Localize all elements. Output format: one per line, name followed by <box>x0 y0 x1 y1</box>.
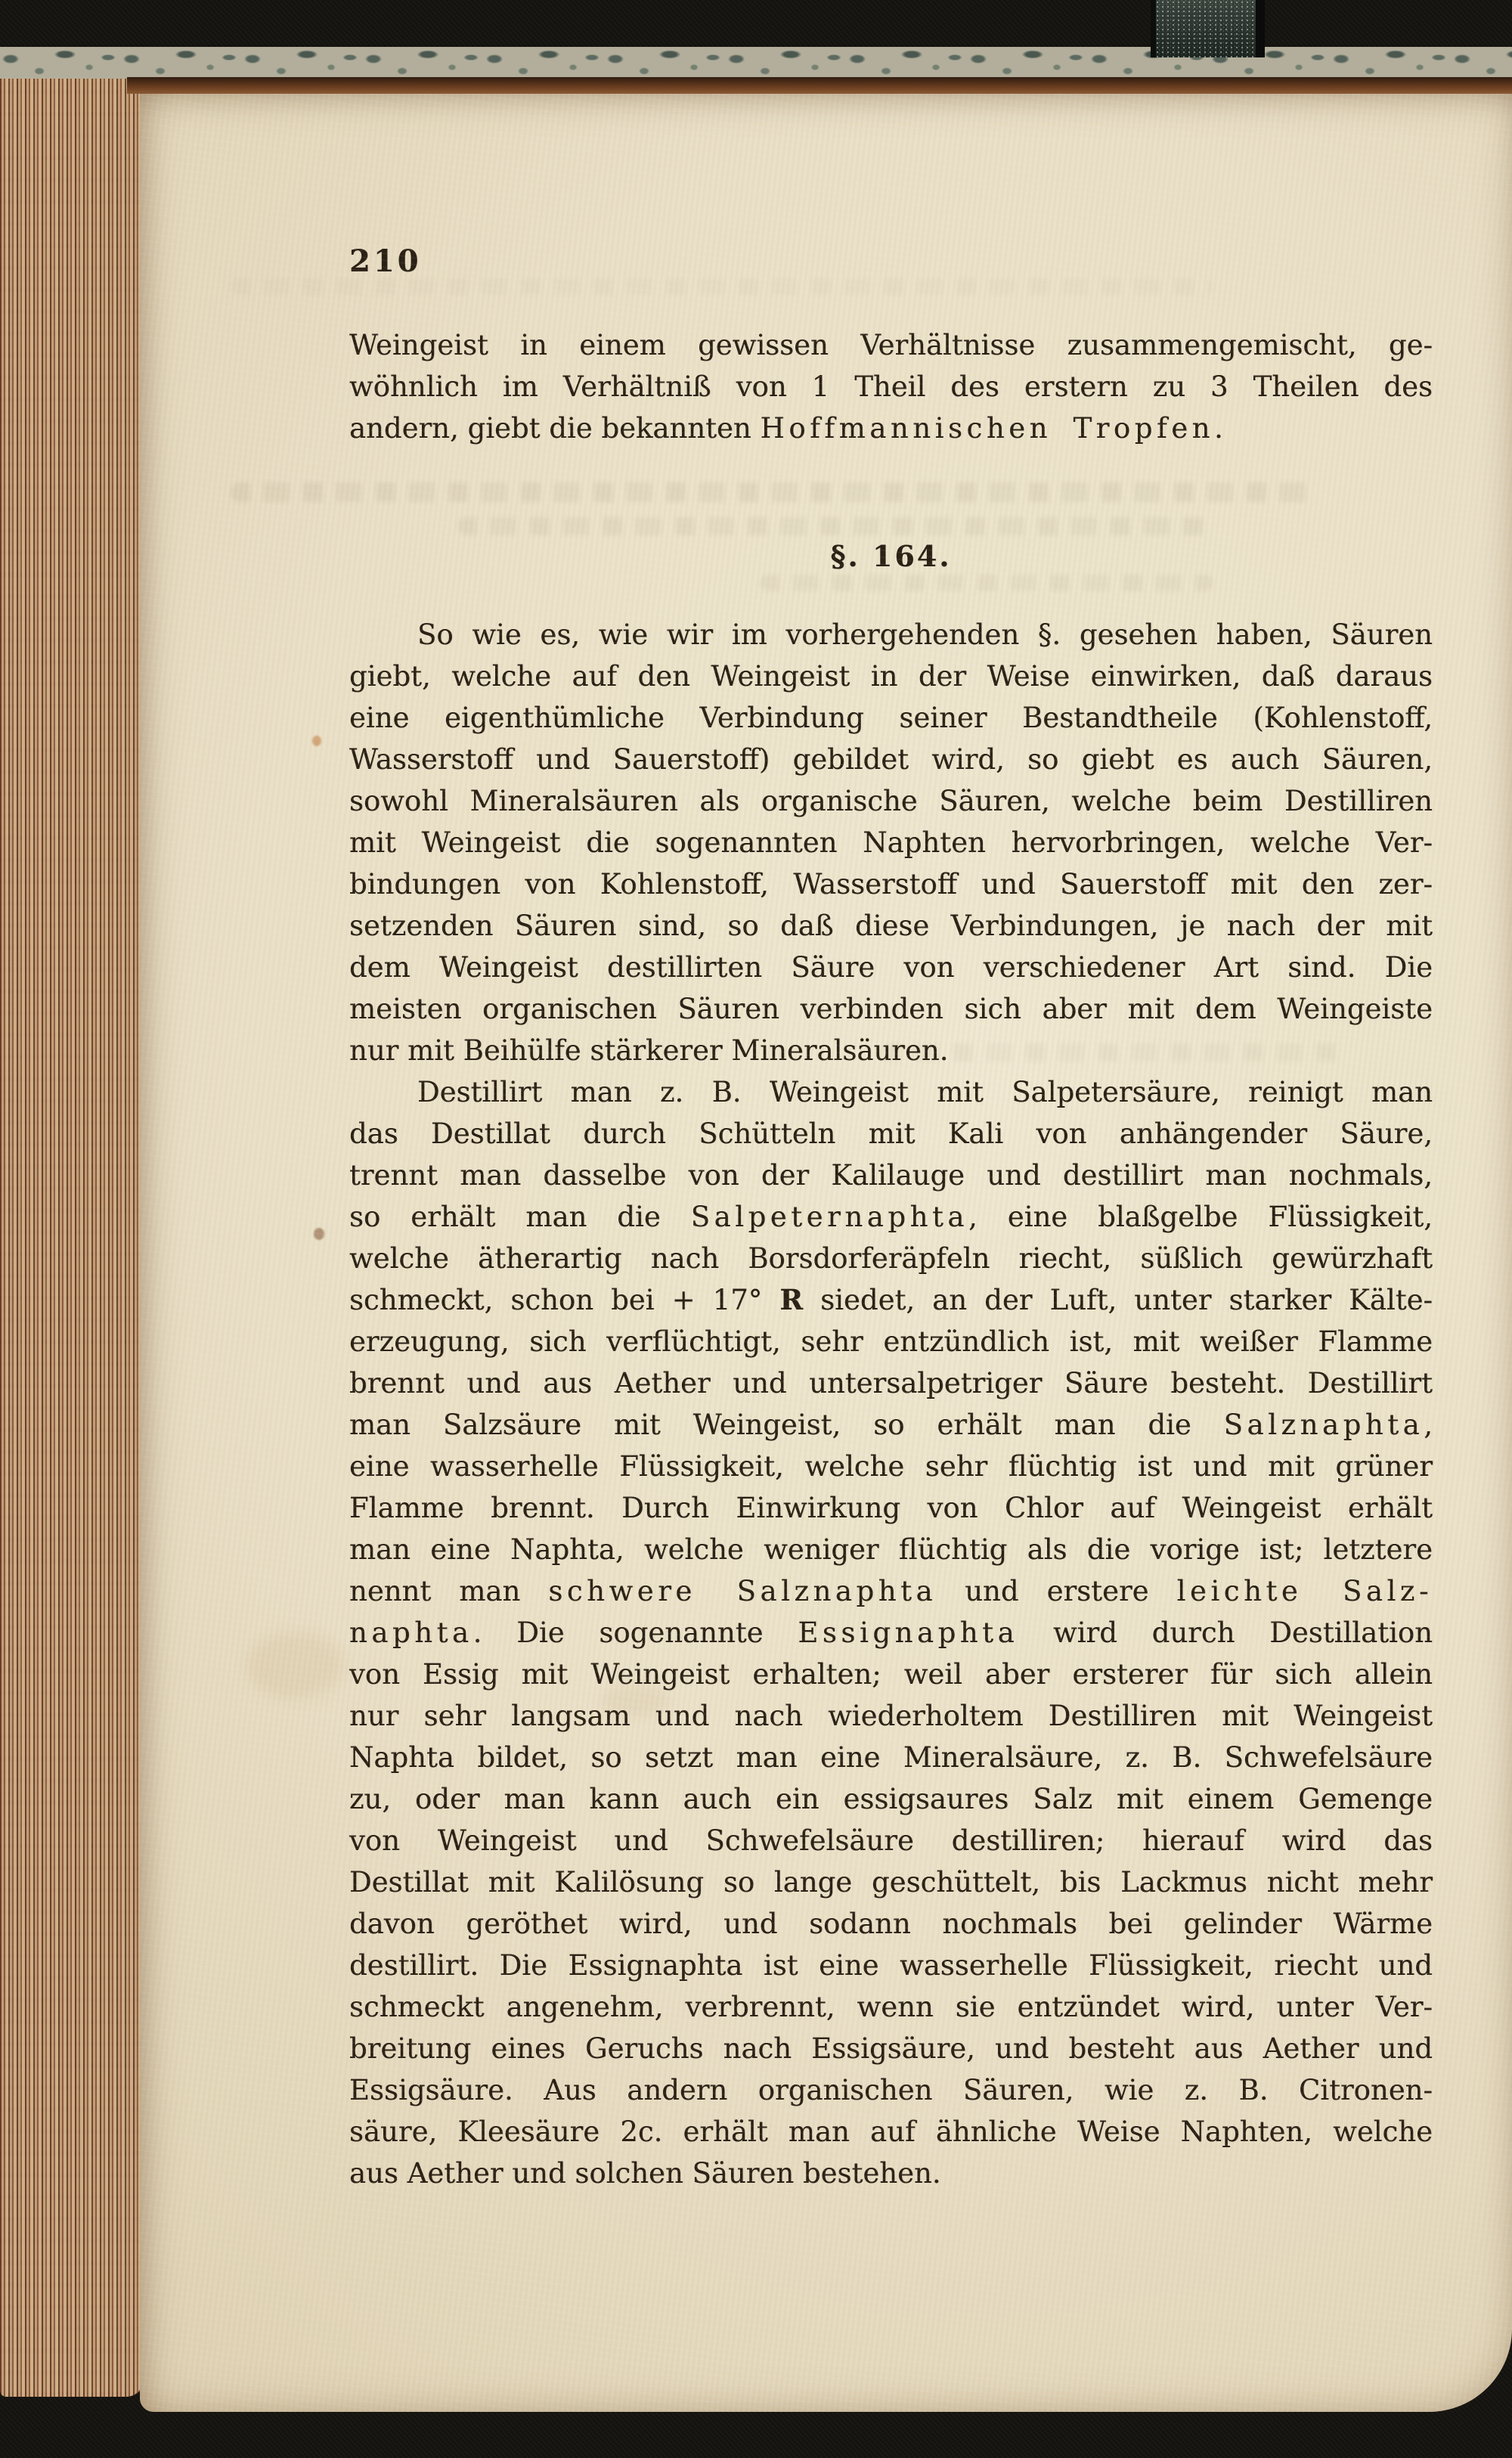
text-line: Weingeist in einem gewissen Verhältnisse… <box>349 324 1433 366</box>
text-segment: erzeugung, sich verflüchtigt, sehr entzü… <box>349 1325 1433 1358</box>
text-segment: Wasserstoff und Sauerstoff) gebildet wir… <box>349 743 1433 776</box>
emphasized-term: Salpeternaphta <box>691 1201 968 1233</box>
emphasized-term: Salznaphta <box>1224 1409 1424 1441</box>
text-segment: eine eigenthümliche Verbindung seiner Be… <box>349 702 1433 734</box>
text-line: welche ätherartig nach Borsdorferäpfeln … <box>349 1238 1433 1279</box>
text-segment: säure, Kleesäure 2c. erhält man auf ähnl… <box>349 2115 1433 2148</box>
text-line: säure, Kleesäure 2c. erhält man auf ähnl… <box>349 2111 1433 2153</box>
text-segment: giebt, welche auf den Weingeist in der W… <box>349 660 1433 693</box>
stain <box>314 1228 324 1240</box>
text-line: Wasserstoff und Sauerstoff) gebildet wir… <box>349 739 1433 780</box>
text-segment: wöhnlich im Verhältniß von 1 Theil des e… <box>349 370 1433 403</box>
text-segment: siedet, an der Luft, unter starker Kälte… <box>803 1284 1433 1316</box>
text-line: erzeugung, sich verflüchtigt, sehr entzü… <box>349 1321 1433 1362</box>
paragraph: Destillirt man z. B. Weingeist mit Salpe… <box>349 1071 1433 2194</box>
text-segment: aus Aether und solchen Säuren bestehen. <box>349 2157 941 2190</box>
text-line: nennt man schwere Salznaphta und erstere… <box>349 1570 1433 1612</box>
text-segment: meisten organischen Säuren verbinden sic… <box>349 993 1433 1025</box>
text-segment: schmeckt, schon bei + 17° <box>349 1284 779 1316</box>
text-segment: So wie es, wie wir im vorhergehenden §. … <box>417 618 1433 651</box>
text-segment: nennt man <box>349 1575 548 1607</box>
text-line: meisten organischen Säuren verbinden sic… <box>349 988 1433 1030</box>
text-segment: destillirt. Die Essignaphta ist eine was… <box>349 1949 1433 1982</box>
text-segment: und erstere <box>937 1575 1176 1607</box>
leather-corner <box>1151 0 1265 57</box>
text-segment: Essigsäure. Aus andern organischen Säure… <box>349 2074 1433 2106</box>
text-segment: welche ätherartig nach Borsdorferäpfeln … <box>349 1242 1433 1275</box>
text-line: eine eigenthümliche Verbindung seiner Be… <box>349 697 1433 739</box>
stain <box>312 736 321 746</box>
emphasized-term: naphta <box>349 1616 473 1649</box>
text-segment: nur sehr langsam und nach wiederholtem D… <box>349 1700 1433 1732</box>
text-segment: sowohl Mineralsäuren als organische Säur… <box>349 785 1433 817</box>
text-line: nur mit Beihülfe stärkerer Mineralsäuren… <box>349 1030 1433 1071</box>
page-number: 210 <box>349 240 422 282</box>
text-line: Flamme brennt. Durch Einwirkung von Chlo… <box>349 1487 1433 1529</box>
text-line: das Destillat durch Schütteln mit Kali v… <box>349 1113 1433 1155</box>
text-line: wöhnlich im Verhältniß von 1 Theil des e… <box>349 366 1433 408</box>
text-line: aus Aether und solchen Säuren bestehen. <box>349 2153 1433 2194</box>
text-segment: eine wasserhelle Flüssigkeit, welche seh… <box>349 1450 1433 1483</box>
stain <box>246 1632 344 1700</box>
text-line: nur sehr langsam und nach wiederholtem D… <box>349 1695 1433 1737</box>
text-line: trennt man dasselbe von der Kalilauge un… <box>349 1155 1433 1196</box>
text-segment: das Destillat durch Schütteln mit Kali v… <box>349 1117 1433 1150</box>
emphasized-term: leichte Salz- <box>1177 1575 1433 1607</box>
text-segment: andern, giebt die bekannten <box>349 412 761 445</box>
text-segment: von Essig mit Weingeist erhalten; weil a… <box>349 1658 1433 1691</box>
text-segment: bindungen von Kohlenstoff, Wasserstoff u… <box>349 868 1433 900</box>
text-segment: , eine blaßgelbe Flüssigkeit, <box>968 1201 1433 1233</box>
text-line: sowohl Mineralsäuren als organische Säur… <box>349 780 1433 822</box>
text-segment: Destillat mit Kalilösung so lange geschü… <box>349 1866 1433 1899</box>
text-line: destillirt. Die Essignaphta ist eine was… <box>349 1945 1433 1986</box>
text-segment: Naphta bildet, so setzt man eine Mineral… <box>349 1741 1433 1774</box>
text-line: andern, giebt die bekannten Hoffmannisch… <box>349 408 1433 449</box>
text-segment: zu, oder man kann auch ein essigsaures S… <box>349 1783 1433 1815</box>
text-line: giebt, welche auf den Weingeist in der W… <box>349 656 1433 697</box>
text-line: mit Weingeist die sogenannten Naphten he… <box>349 822 1433 863</box>
text-line: Naphta bildet, so setzt man eine Mineral… <box>349 1737 1433 1778</box>
page-edge-stack <box>0 79 146 2397</box>
text-segment: . Die sogenannte <box>473 1616 798 1649</box>
section-heading: §. 164. <box>349 535 1433 577</box>
emphasized-term: Hoffmannischen Tropfen <box>761 412 1215 445</box>
text-segment: von Weingeist und Schwefelsäure destilli… <box>349 1824 1433 1857</box>
text-line: naphta. Die sogenannte Essignaphta wird … <box>349 1612 1433 1654</box>
text-segment: so erhält man die <box>349 1201 691 1233</box>
page-block-top-edge <box>127 77 1512 94</box>
text-line: So wie es, wie wir im vorhergehenden §. … <box>349 614 1433 656</box>
text-segment: . <box>1214 412 1223 445</box>
text-segment: Destillirt man z. B. Weingeist mit Salpe… <box>417 1076 1433 1108</box>
text-column: Weingeist in einem gewissen Verhältnisse… <box>349 324 1433 2194</box>
text-line: schmeckt, schon bei + 17° R siedet, an d… <box>349 1279 1433 1321</box>
text-line: davon geröthet wird, und sodann nochmals… <box>349 1903 1433 1945</box>
text-segment: dem Weingeist destillirten Säure von ver… <box>349 951 1433 984</box>
text-line: breitung eines Geruchs nach Essigsäure, … <box>349 2028 1433 2069</box>
bold-letter: R <box>779 1283 803 1316</box>
text-line: zu, oder man kann auch ein essigsaures S… <box>349 1778 1433 1820</box>
text-line: so erhält man die Salpeternaphta, eine b… <box>349 1196 1433 1238</box>
text-line: schmeckt angenehm, verbrennt, wenn sie e… <box>349 1986 1433 2028</box>
text-segment: davon geröthet wird, und sodann nochmals… <box>349 1908 1433 1940</box>
text-line: von Essig mit Weingeist erhalten; weil a… <box>349 1654 1433 1695</box>
text-segment: setzenden Säuren sind, so daß diese Verb… <box>349 910 1433 942</box>
paragraph: Weingeist in einem gewissen Verhältnisse… <box>349 324 1433 449</box>
text-segment: schmeckt angenehm, verbrennt, wenn sie e… <box>349 1991 1433 2023</box>
book-page: 210 Weingeist in einem gewissen Verhältn… <box>140 89 1512 2412</box>
emphasized-term: Essignaphta <box>798 1616 1018 1649</box>
text-line: brennt und aus Aether und untersalpetrig… <box>349 1362 1433 1404</box>
text-segment: man eine Naphta, welche weniger flüchtig… <box>349 1533 1433 1566</box>
text-line: Essigsäure. Aus andern organischen Säure… <box>349 2069 1433 2111</box>
scanned-book-photo: 210 Weingeist in einem gewissen Verhältn… <box>0 0 1512 2458</box>
emphasized-term: schwere Salznaphta <box>548 1575 937 1607</box>
text-segment: wird durch Destillation <box>1018 1616 1433 1649</box>
text-segment: man Salzsäure mit Weingeist, so erhält m… <box>349 1409 1224 1441</box>
text-line: man Salzsäure mit Weingeist, so erhält m… <box>349 1404 1433 1446</box>
text-line: Destillat mit Kalilösung so lange geschü… <box>349 1861 1433 1903</box>
text-segment: brennt und aus Aether und untersalpetrig… <box>349 1367 1433 1399</box>
text-line: eine wasserhelle Flüssigkeit, welche seh… <box>349 1446 1433 1487</box>
text-segment: Weingeist in einem gewissen Verhältnisse… <box>349 329 1433 361</box>
text-line: Destillirt man z. B. Weingeist mit Salpe… <box>349 1071 1433 1113</box>
text-line: dem Weingeist destillirten Säure von ver… <box>349 947 1433 988</box>
text-line: bindungen von Kohlenstoff, Wasserstoff u… <box>349 863 1433 905</box>
text-segment: mit Weingeist die sogenannten Naphten he… <box>349 826 1433 859</box>
text-line: setzenden Säuren sind, so daß diese Verb… <box>349 905 1433 947</box>
text-segment: Flamme brennt. Durch Einwirkung von Chlo… <box>349 1492 1433 1524</box>
text-segment: breitung eines Geruchs nach Essigsäure, … <box>349 2032 1433 2065</box>
text-line: von Weingeist und Schwefelsäure destilli… <box>349 1820 1433 1861</box>
text-segment: nur mit Beihülfe stärkerer Mineralsäuren… <box>349 1034 948 1067</box>
text-line: man eine Naphta, welche weniger flüchtig… <box>349 1529 1433 1570</box>
text-segment: , <box>1424 1409 1433 1441</box>
text-segment: trennt man dasselbe von der Kalilauge un… <box>349 1159 1433 1192</box>
paragraph: So wie es, wie wir im vorhergehenden §. … <box>349 614 1433 1071</box>
